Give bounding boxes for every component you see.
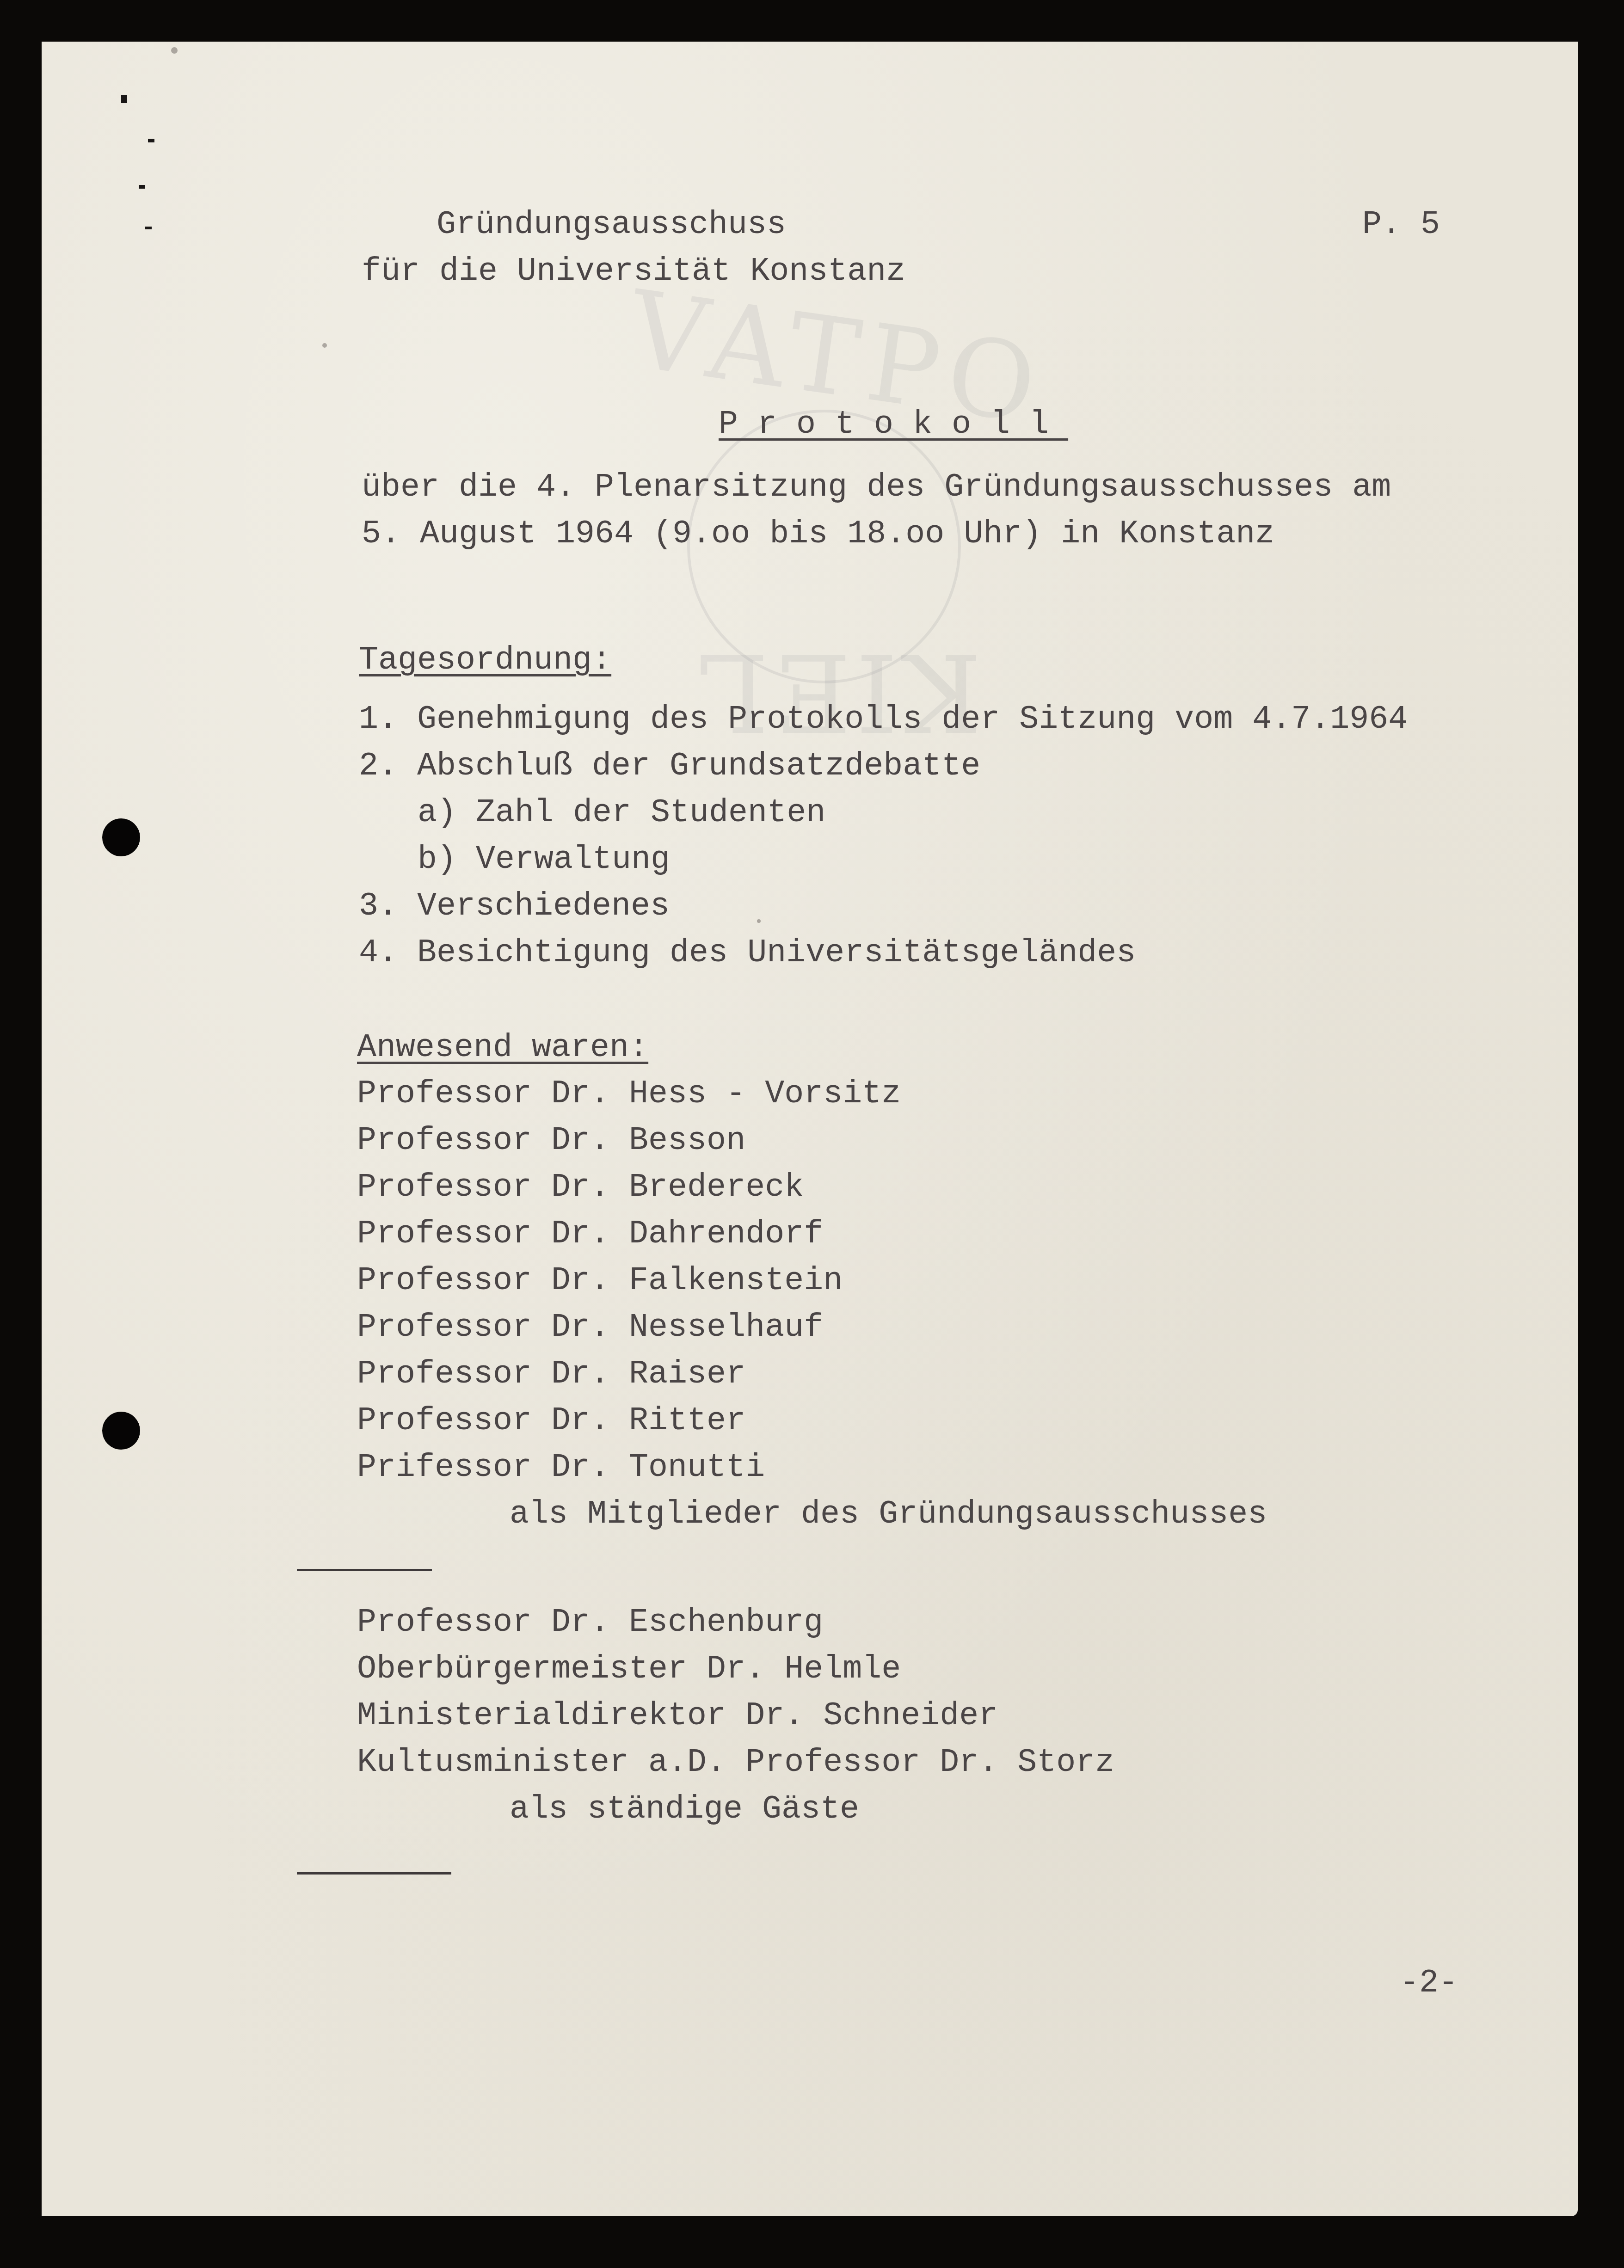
- guest-entry: Ministerialdirektor Dr. Schneider: [357, 1700, 998, 1733]
- member-entry: Professor Dr. Falkenstein: [357, 1265, 843, 1297]
- agenda-item: 3. Verschiedenes: [359, 891, 670, 923]
- paper-speck: [757, 919, 761, 923]
- member-entry: Prifessor Dr. Tonutti: [357, 1452, 765, 1484]
- paper-speck: [171, 47, 178, 54]
- member-entry: Professor Dr. Raiser: [357, 1358, 745, 1391]
- guest-entry: Oberbürgermeister Dr. Helmle: [357, 1653, 901, 1686]
- agenda-subitem: a) Zahl der Studenten: [418, 797, 825, 830]
- guest-entry: Kultusminister a.D. Professor Dr. Storz: [357, 1747, 1114, 1779]
- org-name-line2: für die Universität Konstanz: [362, 256, 905, 288]
- member-entry: Professor Dr. Ritter: [357, 1405, 745, 1438]
- member-entry: Professor Dr. Besson: [357, 1125, 745, 1157]
- member-entry: Professor Dr. Hess - Vorsitz: [357, 1078, 901, 1111]
- document-title: Protokoll: [719, 409, 1068, 441]
- punch-hole-icon: [102, 1412, 140, 1450]
- intro-line1: über die 4. Plenarsitzung des Gründungsa…: [362, 472, 1391, 504]
- agenda-subitem: b) Verwaltung: [418, 844, 670, 876]
- member-entry: Professor Dr. Nesselhauf: [357, 1312, 823, 1344]
- next-page-marker: -2-: [1400, 1967, 1458, 2000]
- member-entry: Professor Dr. Dahrendorf: [357, 1218, 823, 1251]
- guest-entry: Professor Dr. Eschenburg: [357, 1607, 823, 1639]
- org-name-line1: Gründungsausschuss: [437, 209, 786, 241]
- agenda-item: 2. Abschluß der Grundsatzdebatte: [359, 750, 980, 783]
- staple-mark-icon: [121, 95, 127, 103]
- attendees-heading: Anwesend waren:: [357, 1032, 648, 1064]
- page-reference: P. 5: [1362, 209, 1440, 241]
- guests-caption: als ständige Gäste: [510, 1794, 859, 1826]
- paper-speck: [322, 343, 327, 348]
- staple-mark-icon: [139, 185, 145, 189]
- staple-mark-icon: [145, 227, 152, 229]
- section-divider: [297, 1872, 451, 1875]
- intro-line2: 5. August 1964 (9.oo bis 18.oo Uhr) in K…: [362, 518, 1274, 551]
- members-caption: als Mitglieder des Gründungsausschusses: [510, 1499, 1267, 1531]
- agenda-heading: Tagesordnung:: [359, 645, 611, 677]
- agenda-item: 1. Genehmigung des Protokolls der Sitzun…: [359, 704, 1408, 736]
- section-divider: [297, 1569, 432, 1571]
- staple-mark-icon: [148, 139, 154, 142]
- punch-hole-icon: [102, 818, 140, 856]
- agenda-item: 4. Besichtigung des Universitätsgeländes: [359, 937, 1136, 970]
- member-entry: Professor Dr. Bredereck: [357, 1172, 804, 1204]
